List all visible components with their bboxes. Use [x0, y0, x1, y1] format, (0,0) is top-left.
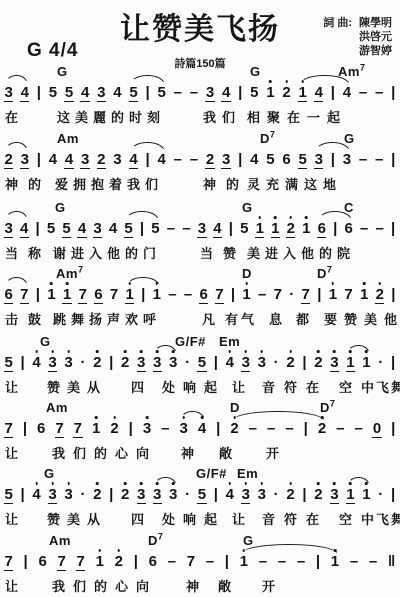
note-token: 1	[255, 221, 264, 238]
note-token: |	[139, 221, 144, 237]
slur-arc	[5, 211, 27, 221]
lyric-text: 我们	[203, 107, 241, 126]
note-token: 6	[4, 287, 13, 304]
note-token: 1	[330, 554, 339, 570]
notes-row: 67|117671|1––67|1–7·7|1712|	[4, 287, 396, 304]
lyric-text: 神的	[5, 174, 51, 193]
note-token: 7	[4, 554, 13, 571]
lyric-text: 处响起	[162, 377, 225, 396]
lyric-text: 爱拥抱着我们	[55, 174, 163, 193]
note-token: 3	[93, 221, 102, 238]
note-token: ·	[289, 287, 295, 303]
note-token: |	[20, 487, 25, 503]
note-token: –	[359, 221, 368, 237]
note-token: 3	[4, 221, 13, 238]
note-token: 1	[47, 287, 56, 303]
chord-label: Am7	[56, 266, 83, 281]
note-token: 4	[129, 152, 138, 169]
note-token: 2	[314, 355, 323, 371]
note-token: |	[224, 554, 229, 570]
lyric-text: 跳舞扬声欢呼	[53, 309, 161, 328]
note-token: 1	[62, 287, 71, 304]
note-token: –	[336, 421, 345, 437]
slur-arc	[5, 142, 27, 152]
lyric-text: 敞	[219, 443, 232, 462]
note-token: –	[267, 421, 276, 437]
note-token: 5	[240, 221, 249, 237]
lyric-text: 敞	[218, 576, 231, 595]
notes-row: 7|67712|3–34|2–––|2––0|	[4, 421, 396, 438]
note-token: 3	[342, 152, 351, 168]
note-token: 3	[137, 355, 146, 372]
lyric-text: 击鼓	[5, 309, 51, 328]
note-token: –	[182, 221, 191, 237]
chord-label: Em	[237, 466, 258, 481]
note-token: |	[20, 355, 25, 371]
note-token: 3	[137, 487, 146, 504]
note-token: 4	[20, 85, 29, 102]
note-token: –	[189, 152, 198, 168]
note-token: 4	[113, 85, 122, 101]
composer-name: 洪啓元	[359, 30, 392, 44]
note-token: |	[330, 85, 335, 101]
note-token: 4	[197, 421, 206, 437]
note-token: 3	[179, 421, 188, 437]
note-token: 1	[346, 487, 355, 504]
slur-arc	[126, 277, 159, 287]
note-token: |	[213, 487, 218, 503]
lyric-text: 赞美从	[47, 509, 107, 528]
score-line: AmD7G7|67712|6–7–|1–––|1––‖让我们的心向神敞开	[0, 533, 400, 597]
chord-label: Em	[219, 334, 240, 349]
note-token: 3	[221, 152, 230, 169]
lyric-text: 让	[232, 509, 245, 528]
chord-label: D	[242, 266, 252, 281]
note-token: 3	[48, 487, 57, 504]
note-token: 3	[169, 487, 178, 503]
note-token: 1	[271, 221, 280, 238]
note-token: –	[168, 287, 177, 303]
note-token: 4	[342, 85, 351, 101]
chord-label: G	[344, 131, 355, 146]
note-token: 1	[328, 287, 337, 303]
note-token: 5	[151, 221, 160, 237]
note-token: 1	[298, 85, 307, 102]
note-token: |	[391, 287, 396, 303]
slur-arc	[5, 277, 27, 287]
slur-arc	[130, 142, 164, 152]
note-token: 2	[121, 355, 130, 371]
note-token: 2	[110, 421, 119, 437]
note-token: 1	[266, 85, 275, 101]
note-token: 7	[301, 287, 310, 304]
note-token: 3	[113, 152, 122, 168]
chord-label: G	[40, 334, 51, 349]
lyric-text: 都	[296, 309, 309, 328]
chord-label: D7	[148, 533, 163, 548]
note-token: ·	[273, 487, 279, 503]
lyric-text: 让	[232, 377, 245, 396]
chord-label: G	[44, 466, 55, 481]
note-token: |	[238, 152, 243, 168]
note-token: 4	[221, 85, 230, 102]
chord-label: G	[243, 533, 254, 548]
notes-row: 34|554345|5––34|51214|4––|	[4, 85, 396, 102]
note-token: 3	[64, 487, 73, 503]
note-token: 3	[257, 487, 266, 503]
note-token: 1	[92, 421, 101, 437]
note-token: |	[391, 152, 396, 168]
chord-label: D	[230, 400, 240, 415]
note-token: |	[330, 152, 335, 168]
note-token: 3	[80, 152, 89, 169]
note-token: |	[35, 287, 40, 303]
note-token: 3	[142, 421, 151, 437]
note-token: –	[166, 221, 175, 237]
note-token: 2	[97, 152, 106, 169]
note-token: 2	[286, 221, 295, 238]
note-token: 7	[55, 421, 64, 438]
note-token: 4	[157, 152, 166, 168]
lyric-text: 四	[131, 509, 144, 528]
note-token: –	[257, 287, 266, 303]
lyric-text: 神	[181, 443, 194, 462]
note-token: 7	[109, 287, 118, 303]
lyric-text: 气	[241, 309, 254, 328]
note-token: |	[333, 221, 338, 237]
note-token: |	[391, 85, 396, 101]
chord-label: Am	[46, 400, 68, 415]
note-token: 3	[169, 355, 178, 371]
note-token: 5	[298, 152, 307, 169]
note-token: 7	[4, 421, 13, 438]
lyric-text: 谢进入他的门	[53, 243, 161, 262]
chord-label: Am	[49, 533, 71, 548]
note-token: 7	[57, 554, 66, 571]
note-token: 1	[359, 287, 368, 303]
note-token: |	[228, 221, 233, 237]
note-token: |	[315, 554, 320, 570]
lyric-text: 开	[266, 443, 279, 462]
note-token: 2	[282, 85, 291, 101]
lyric-text: 要赞美他	[324, 309, 400, 328]
note-token: |	[391, 421, 396, 437]
lyric-text: 当赞	[200, 243, 246, 262]
slur-arc	[347, 345, 369, 355]
note-token: 2	[205, 152, 214, 169]
lyric-text: 这美麗的时刻	[57, 107, 165, 126]
note-token: 7	[186, 554, 195, 570]
note-token: 7	[344, 287, 353, 303]
note-token: |	[35, 221, 40, 237]
note-token: 3	[48, 355, 57, 372]
lyric-text: 赞美从	[47, 377, 107, 396]
note-token: |	[109, 487, 114, 503]
chord-label: G	[55, 200, 66, 215]
chord-label: G	[57, 64, 68, 79]
chord-label: Am	[57, 131, 79, 146]
lyric-text: 音符在	[262, 509, 328, 528]
note-token: 4	[314, 85, 323, 102]
note-token: |	[302, 487, 307, 503]
note-token: 4	[64, 152, 73, 169]
lyric-text: 在	[5, 107, 18, 126]
slur-arc	[5, 75, 27, 85]
note-token: –	[296, 554, 305, 570]
note-token: |	[109, 355, 114, 371]
note-token: |	[238, 85, 243, 101]
lyric-text: 息	[269, 309, 282, 328]
note-token: |	[128, 421, 133, 437]
note-token: |	[390, 487, 395, 503]
note-token: 4	[32, 487, 41, 503]
note-token: –	[167, 554, 176, 570]
credits-label: 詞 曲:	[323, 16, 352, 58]
chord-label: D7	[260, 131, 275, 146]
note-token: 2	[314, 487, 323, 503]
note-token: 2	[286, 487, 295, 503]
note-token: 2	[114, 554, 123, 570]
note-token: |	[36, 85, 41, 101]
lyric-text: 音符在	[262, 377, 328, 396]
note-token: 5	[48, 85, 57, 101]
note-token: 1	[362, 355, 371, 371]
notes-row: 7|67712|6–7–|1–––|1––‖	[4, 554, 396, 571]
lyric-text: 中飞舞	[361, 377, 400, 396]
note-token: 5	[62, 221, 71, 238]
note-token: 7	[20, 287, 29, 304]
lyric-text: 四	[131, 377, 144, 396]
note-token: –	[161, 421, 170, 437]
note-token: ·	[185, 487, 191, 503]
note-token: |	[213, 355, 218, 371]
note-token: 1	[346, 355, 355, 372]
note-token: 5	[129, 85, 138, 102]
note-token: ·	[80, 355, 86, 371]
note-token: 4	[48, 152, 57, 168]
score-line: GGAm734|554345|5––34|51214|4––|在这美麗的时刻我们…	[0, 64, 400, 130]
score-line: GGC34|554345|5––34|511216|6––|当称谢进入他的门当赞…	[0, 200, 400, 266]
note-token: 6	[344, 221, 353, 237]
note-token: 3	[257, 355, 266, 371]
note-token: –	[349, 554, 358, 570]
composer-name: 陳學明	[359, 16, 392, 30]
note-token: –	[358, 152, 367, 168]
score-line: GG/F#Em5|433·2|2333·5|433·2|2311·|让赞美从四处…	[0, 334, 400, 400]
note-token: –	[173, 152, 182, 168]
notes-row: 5|433·2|2333·5|433·2|2311·|	[4, 487, 396, 504]
note-token: |	[145, 85, 150, 101]
note-token: 4	[77, 221, 86, 238]
note-token: 1	[302, 221, 311, 237]
slur-arc	[130, 75, 164, 85]
note-token: –	[277, 554, 286, 570]
note-token: 3	[241, 355, 250, 372]
slur-arc	[240, 544, 337, 554]
note-token: 1	[152, 287, 161, 303]
note-token: 3	[205, 85, 214, 102]
note-token: |	[317, 287, 322, 303]
chord-label: G/F#	[196, 466, 227, 481]
note-token: 3	[4, 85, 13, 102]
note-token: 3	[97, 85, 106, 102]
note-token: 2	[230, 421, 239, 437]
note-token: 6	[94, 287, 103, 304]
note-token: –	[258, 554, 267, 570]
note-token: 4	[32, 355, 41, 371]
note-token: 4	[225, 355, 234, 371]
note-token: 2	[286, 355, 295, 371]
note-token: |	[230, 287, 235, 303]
note-token: –	[189, 85, 198, 101]
note-token: 5	[197, 355, 206, 372]
credit-names: 陳學明 洪啓元 游智婷	[359, 16, 392, 58]
chord-label: D7	[320, 400, 335, 415]
note-token: 4	[213, 221, 222, 238]
note-token: 6	[282, 152, 291, 168]
note-token: 2	[93, 355, 102, 371]
score-line: AmDD77|67712|3–34|2–––|2––0|让我们的心向神敞开	[0, 400, 400, 466]
note-token: ·	[273, 355, 279, 371]
note-token: 7	[76, 554, 85, 571]
lyric-text: 让	[5, 443, 18, 462]
slur-arc	[154, 345, 176, 355]
note-token: –	[183, 287, 192, 303]
note-token: 2	[93, 487, 102, 503]
note-token: 7	[215, 287, 224, 304]
lyric-text: 神的	[203, 174, 249, 193]
note-token: –	[374, 85, 383, 101]
note-token: 3	[64, 355, 73, 371]
chord-label: G/F#	[175, 334, 206, 349]
note-token: ·	[80, 487, 86, 503]
lyric-text: 让	[5, 377, 18, 396]
note-token: |	[302, 355, 307, 371]
note-token: 2	[317, 421, 326, 437]
note-token: –	[354, 421, 363, 437]
sheet-music-page: 让赞美飞扬 詞 曲: 陳學明 洪啓元 游智婷 G 4/4 詩篇150篇 GGAm…	[0, 0, 400, 597]
note-token: 3	[330, 487, 339, 504]
note-token: 2	[4, 152, 13, 169]
note-token: 6	[317, 221, 326, 238]
chord-label: D7	[317, 266, 332, 281]
lyric-text: 相聚在一起	[247, 107, 347, 126]
note-token: –	[285, 421, 294, 437]
note-token: 7	[78, 287, 87, 304]
note-token: 6	[37, 421, 46, 437]
note-token: 4	[20, 221, 29, 238]
note-token: 6	[199, 287, 208, 304]
note-token: 4	[108, 221, 117, 237]
note-token: 3	[153, 487, 162, 504]
note-token: 6	[38, 554, 47, 570]
lyric-text: 空	[339, 377, 352, 396]
note-token: 7	[273, 287, 282, 303]
note-token: 7	[73, 421, 82, 438]
note-token: 5	[197, 487, 206, 504]
note-token: 5	[157, 85, 166, 101]
note-token: 2	[375, 287, 384, 304]
note-token: 1	[239, 554, 248, 570]
chord-label: G	[250, 64, 261, 79]
note-token: 1	[95, 554, 104, 570]
note-token: 3	[330, 355, 339, 372]
lyric-text: 开	[262, 576, 275, 595]
credits: 詞 曲: 陳學明 洪啓元 游智婷	[323, 16, 392, 58]
lyric-text: 当称	[5, 243, 51, 262]
notes-row: 34|554345|5––34|511216|6––|	[4, 221, 396, 238]
lyric-text: 灵充满这地	[247, 174, 342, 193]
note-token: |	[216, 421, 221, 437]
notes-row: 23|443234|4––23|45653|3––|	[4, 152, 396, 169]
note-token: 5	[250, 85, 259, 101]
note-token: |	[303, 421, 308, 437]
note-token: 5	[124, 221, 133, 238]
slur-arc	[231, 411, 324, 421]
note-token: ·	[378, 355, 384, 371]
note-token: 4	[225, 487, 234, 503]
slur-arc	[180, 411, 204, 421]
note-token: –	[375, 221, 384, 237]
note-token: –	[358, 85, 367, 101]
note-token: 1	[362, 487, 371, 503]
note-token: |	[145, 152, 150, 168]
note-token: –	[368, 554, 377, 570]
note-token: 1	[125, 287, 134, 304]
slur-arc	[154, 477, 176, 487]
note-token: 6	[148, 554, 157, 570]
note-token: –	[173, 85, 182, 101]
lyric-text: 处响起	[162, 509, 225, 528]
note-token: 5	[266, 152, 275, 168]
score-line: AmD7G23|443234|4––23|45653|3––|神的爱拥抱着我们神…	[0, 131, 400, 197]
note-token: 2	[121, 487, 130, 503]
score-line: GG/F#Em5|433·2|2333·5|433·2|2311·|让赞美从四处…	[0, 466, 400, 532]
note-token: 0	[372, 421, 381, 438]
note-token: 3	[314, 152, 323, 169]
note-token: ·	[185, 355, 191, 371]
lyric-text: 神	[186, 576, 199, 595]
note-token: 5	[64, 85, 73, 102]
score-line: Am7DD767|117671|1––67|1–7·7|1712|击鼓跳舞扬声欢…	[0, 266, 400, 332]
note-token: 3	[241, 487, 250, 504]
note-token: –	[374, 152, 383, 168]
notes-row: 5|433·2|2333·5|433·2|2311·|	[4, 355, 396, 372]
note-token: ‖	[387, 554, 395, 570]
lyric-text: 我们的心向	[52, 443, 157, 462]
note-token: |	[23, 554, 28, 570]
note-token: |	[22, 421, 27, 437]
slur-arc	[125, 211, 158, 221]
note-token: 3	[153, 355, 162, 372]
note-token: |	[141, 287, 146, 303]
chord-label: G	[242, 200, 253, 215]
note-token: 3	[20, 152, 29, 169]
note-token: ·	[378, 487, 384, 503]
note-token: |	[133, 554, 138, 570]
lyric-text: 我们的心向	[52, 576, 157, 595]
note-token: 5	[4, 355, 13, 372]
note-token: 4	[80, 85, 89, 102]
note-token: 4	[250, 152, 259, 168]
lyric-text: 让	[5, 576, 18, 595]
lyric-text: 美进入他的院	[247, 243, 355, 262]
note-token: 1	[242, 287, 251, 303]
note-token: –	[205, 554, 214, 570]
note-token: |	[390, 355, 395, 371]
slur-arc	[347, 477, 369, 487]
lyric-text: 让	[5, 509, 18, 528]
